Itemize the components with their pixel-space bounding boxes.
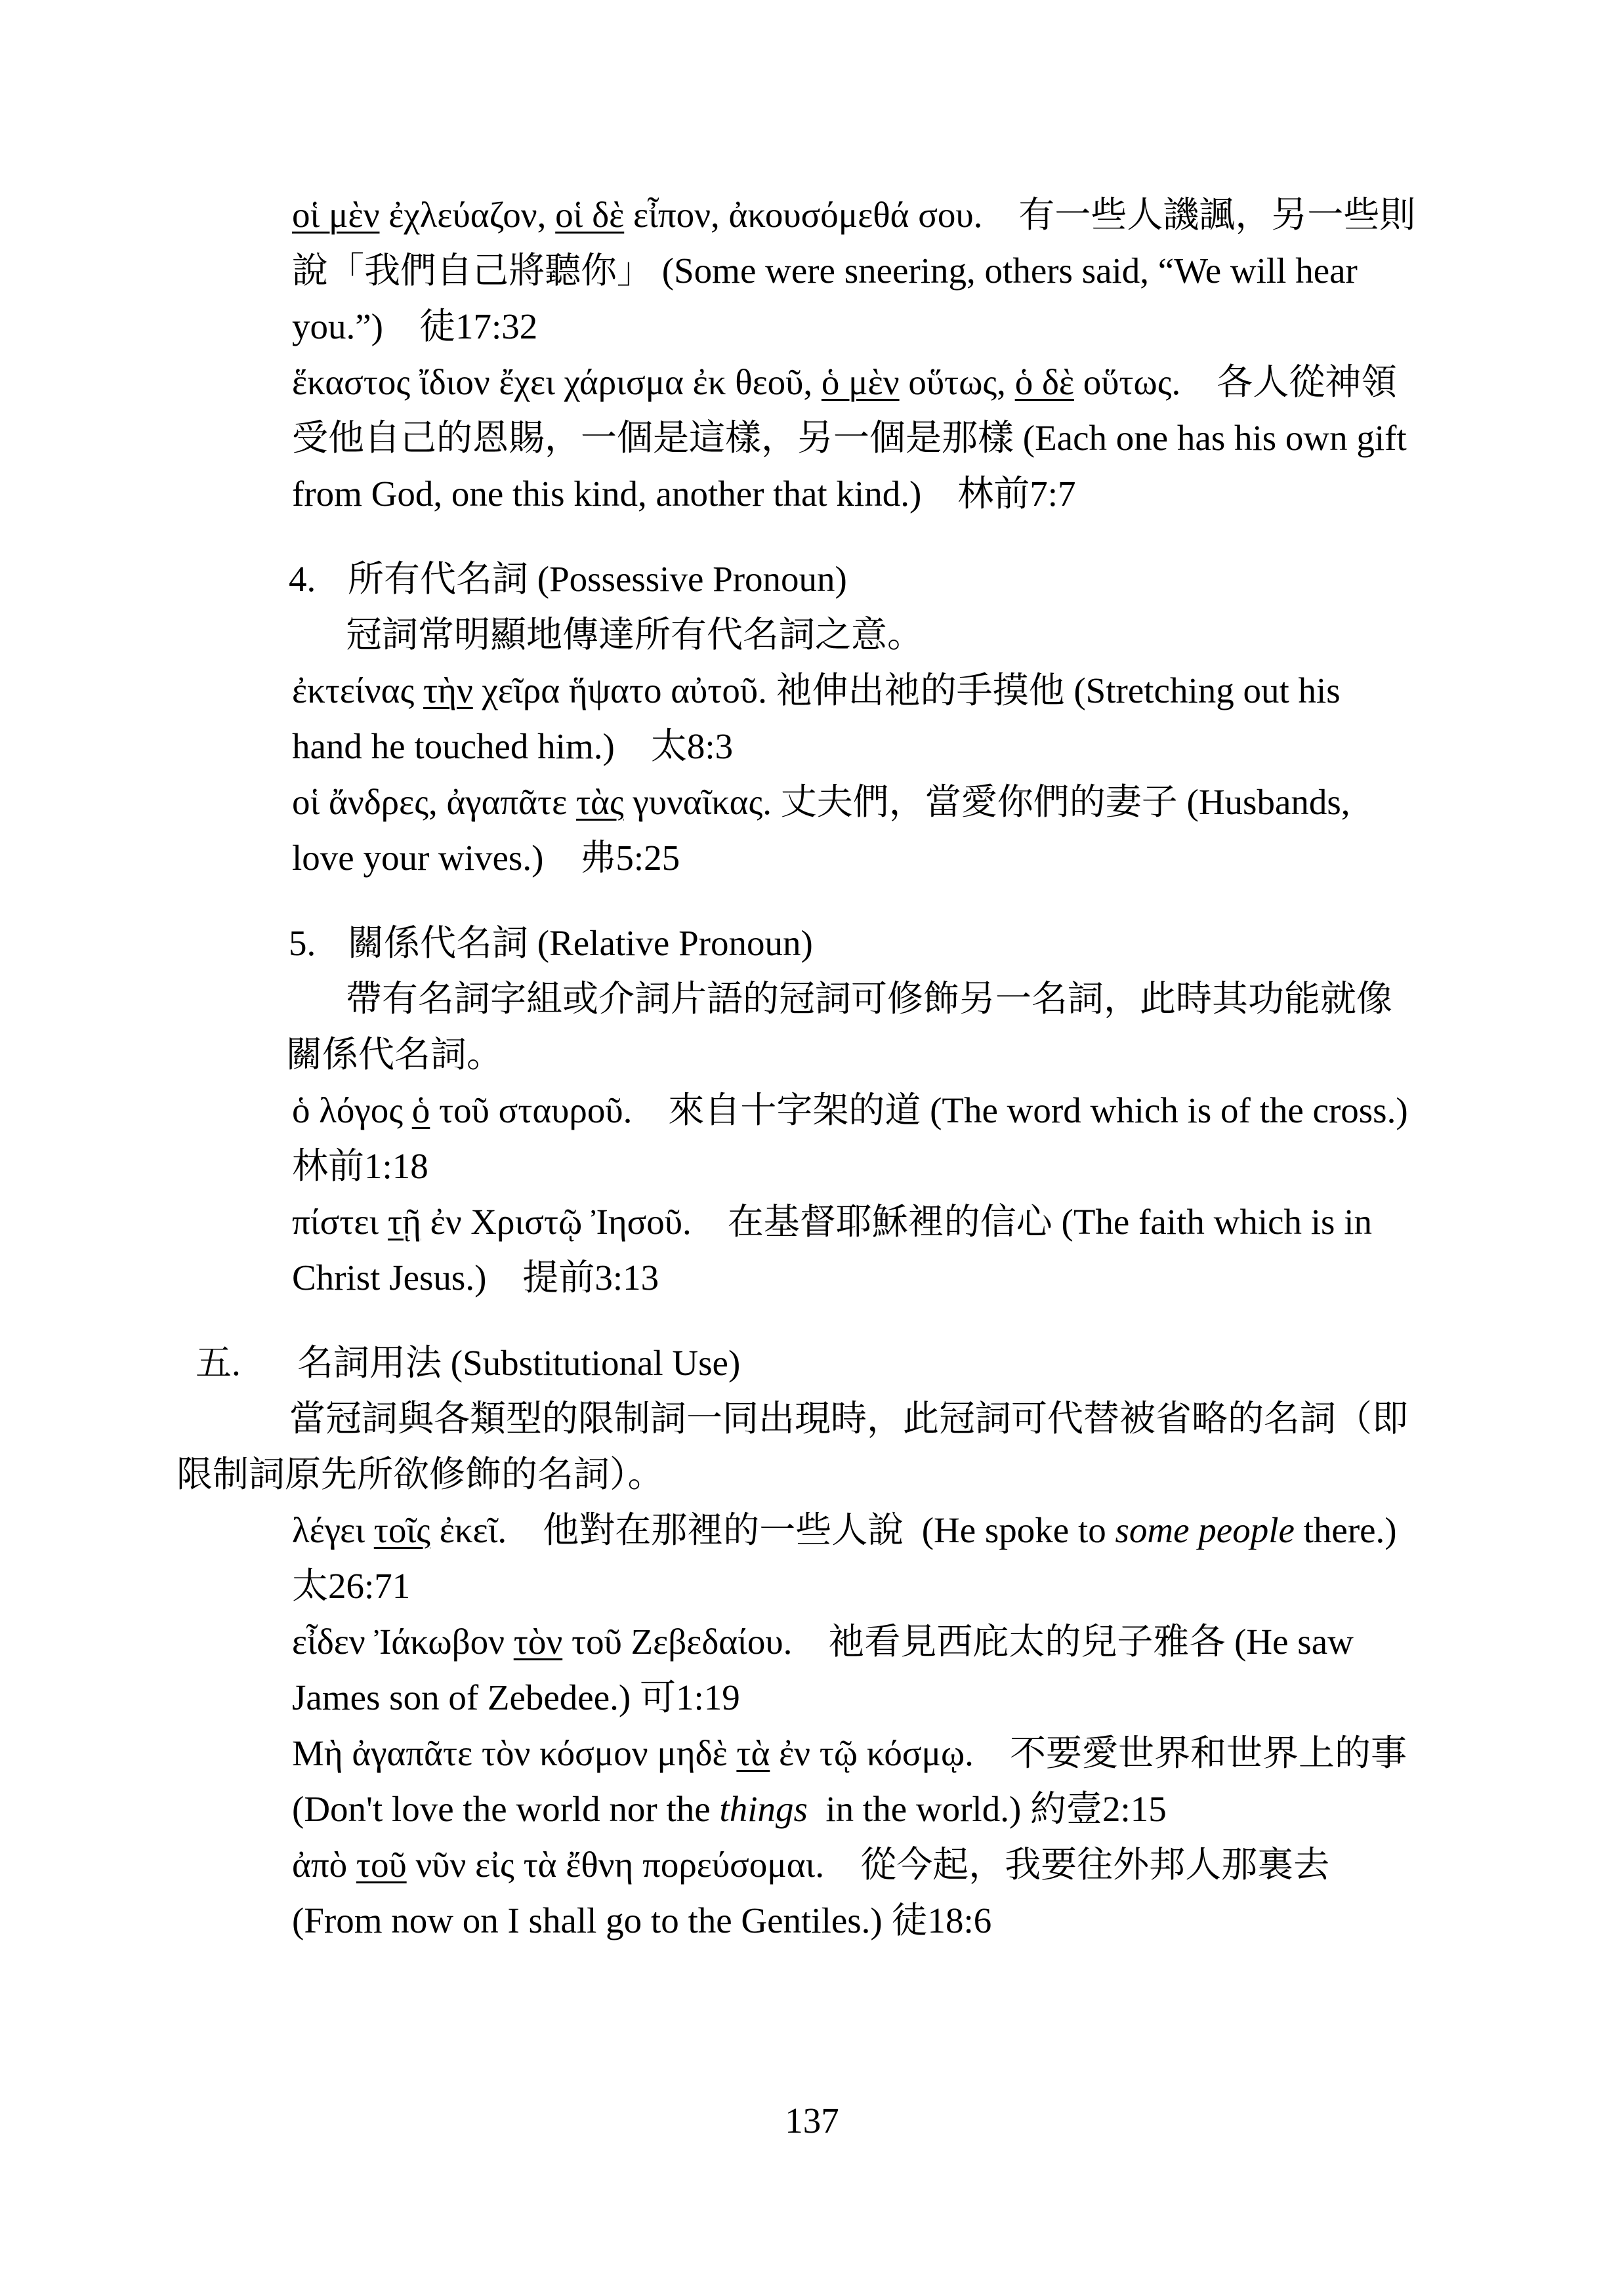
paragraph-relative-explanation: 帶有名詞字組或介詞片語的冠詞可修飾另一名詞，此時其功能就像關係代名詞。 xyxy=(286,971,1417,1082)
greek-article-underlined: ὁ δὲ xyxy=(1015,362,1074,402)
greek-text: Μὴ ἀγαπᾶτε τὸν κόσμον μηδὲ xyxy=(292,1733,736,1773)
greek-text: οἱ ἄνδρες, ἀγαπᾶτε xyxy=(292,782,576,822)
section-number: 五. xyxy=(196,1335,297,1391)
scripture-reference: 提前3:13 xyxy=(522,1258,659,1298)
greek-article-underlined: τὸν xyxy=(514,1622,562,1662)
greek-text: ἕκαστος ἴδιον ἔχει χάρισμα ἐκ θεοῦ, xyxy=(292,362,822,402)
chinese-translation: 來自十字架的道 xyxy=(632,1090,930,1130)
example-matt-8-3: ἐκτείνας τὴν χεῖρα ἥψατο αὐτοῦ. 祂伸出祂的手摸他… xyxy=(292,663,1417,774)
greek-article-underlined: τοῖς xyxy=(374,1510,430,1550)
section-title: 名詞用法 (Substitutional Use) xyxy=(297,1335,1417,1391)
greek-article-underlined: τῇ xyxy=(388,1202,421,1242)
scripture-reference: 弗5:25 xyxy=(579,838,680,878)
greek-text: ἐχλεύαζον, xyxy=(380,195,556,235)
english-translation: in the world.) xyxy=(808,1789,1030,1829)
example-1john-2-15: Μὴ ἀγαπᾶτε τὸν κόσμον μηδὲ τὰ ἐν τῷ κόσμ… xyxy=(292,1725,1417,1837)
greek-article-underlined: τὴν xyxy=(423,670,473,710)
page-content: οἱ μὲν ἐχλεύαζον, οἱ δὲ εἶπον, ἀκουσόμεθ… xyxy=(171,187,1417,1948)
example-matt-26-71: λέγει τοῖς ἐκεῖ. 他對在那裡的一些人說 (He spoke to… xyxy=(292,1502,1417,1614)
page-number: 137 xyxy=(0,2093,1624,2148)
example-eph-5-25: οἱ ἄνδρες, ἀγαπᾶτε τὰς γυναῖκας. 丈夫們，當愛你… xyxy=(292,774,1417,886)
greek-text: χεῖρα ἥψατο αὐτοῦ. xyxy=(473,670,767,710)
greek-text: τοῦ σταυροῦ. xyxy=(430,1090,632,1130)
example-1cor-7-7: ἕκαστος ἴδιον ἔχει χάρισμα ἐκ θεοῦ, ὁ μὲ… xyxy=(292,354,1417,522)
paragraph-substitutional-explanation: 當冠詞與各類型的限制詞一同出現時，此冠詞可代替被省略的名詞（即限制詞原先所欲修飾… xyxy=(177,1391,1417,1502)
example-1tim-3-13: πίστει τῇ ἐν Χριστῷ Ἰησοῦ. 在基督耶穌裡的信心 (Th… xyxy=(292,1194,1417,1305)
english-translation: there.) xyxy=(1295,1510,1406,1550)
section-five-substitutional-use: 五. 名詞用法 (Substitutional Use) xyxy=(171,1335,1417,1391)
greek-text: ἐν τῷ κόσμῳ. xyxy=(770,1733,974,1773)
greek-article-underlined: τὰς xyxy=(576,782,624,822)
example-mark-1-19: εἶδεν Ἰάκωβον τὸν τοῦ Ζεβεδαίου. 祂看見西庇太的… xyxy=(292,1614,1417,1725)
greek-text: εἶπον, ἀκουσόμεθά σου. xyxy=(624,195,982,235)
greek-article-underlined: τὰ xyxy=(736,1733,770,1773)
greek-article-underlined: τοῦ xyxy=(356,1845,407,1885)
english-translation: (The word which is of the cross.) xyxy=(930,1090,1444,1130)
greek-article-underlined: οἱ μὲν xyxy=(292,195,380,235)
scripture-reference: 太8:3 xyxy=(651,726,733,766)
english-italic-emphasis: things xyxy=(719,1789,807,1829)
greek-article-underlined: ὁ μὲν xyxy=(822,362,900,402)
greek-article-underlined: ὁ xyxy=(412,1090,430,1130)
greek-text: λέγει xyxy=(292,1510,374,1550)
chinese-translation: 不要愛世界和世界上的事 xyxy=(974,1733,1416,1773)
greek-text: εἶδεν Ἰάκωβον xyxy=(292,1622,514,1662)
greek-text: τοῦ Ζεβεδαίου. xyxy=(562,1622,792,1662)
heading-title: 所有代名詞 (Possessive Pronoun) xyxy=(348,551,1417,607)
document-page: οἱ μὲν ἐχλεύαζον, οἱ δὲ εἶπον, ἀκουσόμεθ… xyxy=(0,0,1624,2296)
chinese-translation: 祂伸出祂的手摸他 xyxy=(767,670,1074,710)
scripture-reference: 徒17:32 xyxy=(419,306,537,346)
chinese-translation: 在基督耶穌裡的信心 xyxy=(692,1202,1062,1242)
greek-text: ἐκτείνας xyxy=(292,670,423,710)
english-translation: (Don't love the world nor the xyxy=(292,1789,719,1829)
english-italic-emphasis: some people xyxy=(1115,1510,1295,1550)
greek-text: ἀπὸ xyxy=(292,1845,356,1885)
greek-article-underlined: οἱ δὲ xyxy=(555,195,624,235)
heading-4-possessive-pronoun: 4. 所有代名詞 (Possessive Pronoun) xyxy=(171,551,1417,607)
chinese-translation: 從今起，我要往外邦人那裏去 xyxy=(824,1845,1348,1885)
greek-text: ἐν Χριστῷ Ἰησοῦ. xyxy=(421,1202,692,1242)
heading-number: 4. xyxy=(289,551,348,607)
greek-text: οὕτως, xyxy=(900,362,1015,402)
greek-text: νῦν εἰς τὰ ἔθνη πορεύσομαι. xyxy=(407,1845,824,1885)
greek-text: οὕτως. xyxy=(1074,362,1180,402)
greek-text: ὁ λόγος xyxy=(292,1090,412,1130)
heading-5-relative-pronoun: 5. 關係代名詞 (Relative Pronoun) xyxy=(171,915,1417,971)
scripture-reference: 林前1:18 xyxy=(292,1146,428,1186)
example-acts-18-6: ἀπὸ τοῦ νῦν εἰς τὰ ἔθνη πορεύσομαι. 從今起，… xyxy=(292,1837,1417,1948)
english-translation: (From now on I shall go to the Gentiles.… xyxy=(292,1900,892,1940)
greek-text: γυναῖκας. xyxy=(624,782,772,822)
paragraph-possessive-explanation: 冠詞常明顯地傳達所有代名詞之意。 xyxy=(286,607,1417,663)
example-1cor-1-18: ὁ λόγος ὁ τοῦ σταυροῦ. 來自十字架的道 (The word… xyxy=(292,1082,1417,1194)
example-acts-17-32: οἱ μὲν ἐχλεύαζον, οἱ δὲ εἶπον, ἀκουσόμεθ… xyxy=(292,187,1417,354)
chinese-translation: 祂看見西庇太的兒子雅各 xyxy=(792,1622,1234,1662)
english-translation: (He spoke to xyxy=(922,1510,1115,1550)
scripture-reference: 徒18:6 xyxy=(892,1900,992,1940)
greek-text: ἐκεῖ. xyxy=(430,1510,507,1550)
scripture-reference: 林前7:7 xyxy=(957,474,1075,514)
greek-text: πίστει xyxy=(292,1202,388,1242)
scripture-reference: 太26:71 xyxy=(292,1566,410,1606)
scripture-reference: 可1:19 xyxy=(640,1677,740,1717)
chinese-translation: 丈夫們，當愛你們的妻子 xyxy=(772,782,1187,822)
heading-number: 5. xyxy=(289,915,348,971)
chinese-translation: 他對在那裡的一些人說 xyxy=(507,1510,922,1550)
heading-title: 關係代名詞 (Relative Pronoun) xyxy=(348,915,1417,971)
scripture-reference: 約壹2:15 xyxy=(1030,1789,1167,1829)
